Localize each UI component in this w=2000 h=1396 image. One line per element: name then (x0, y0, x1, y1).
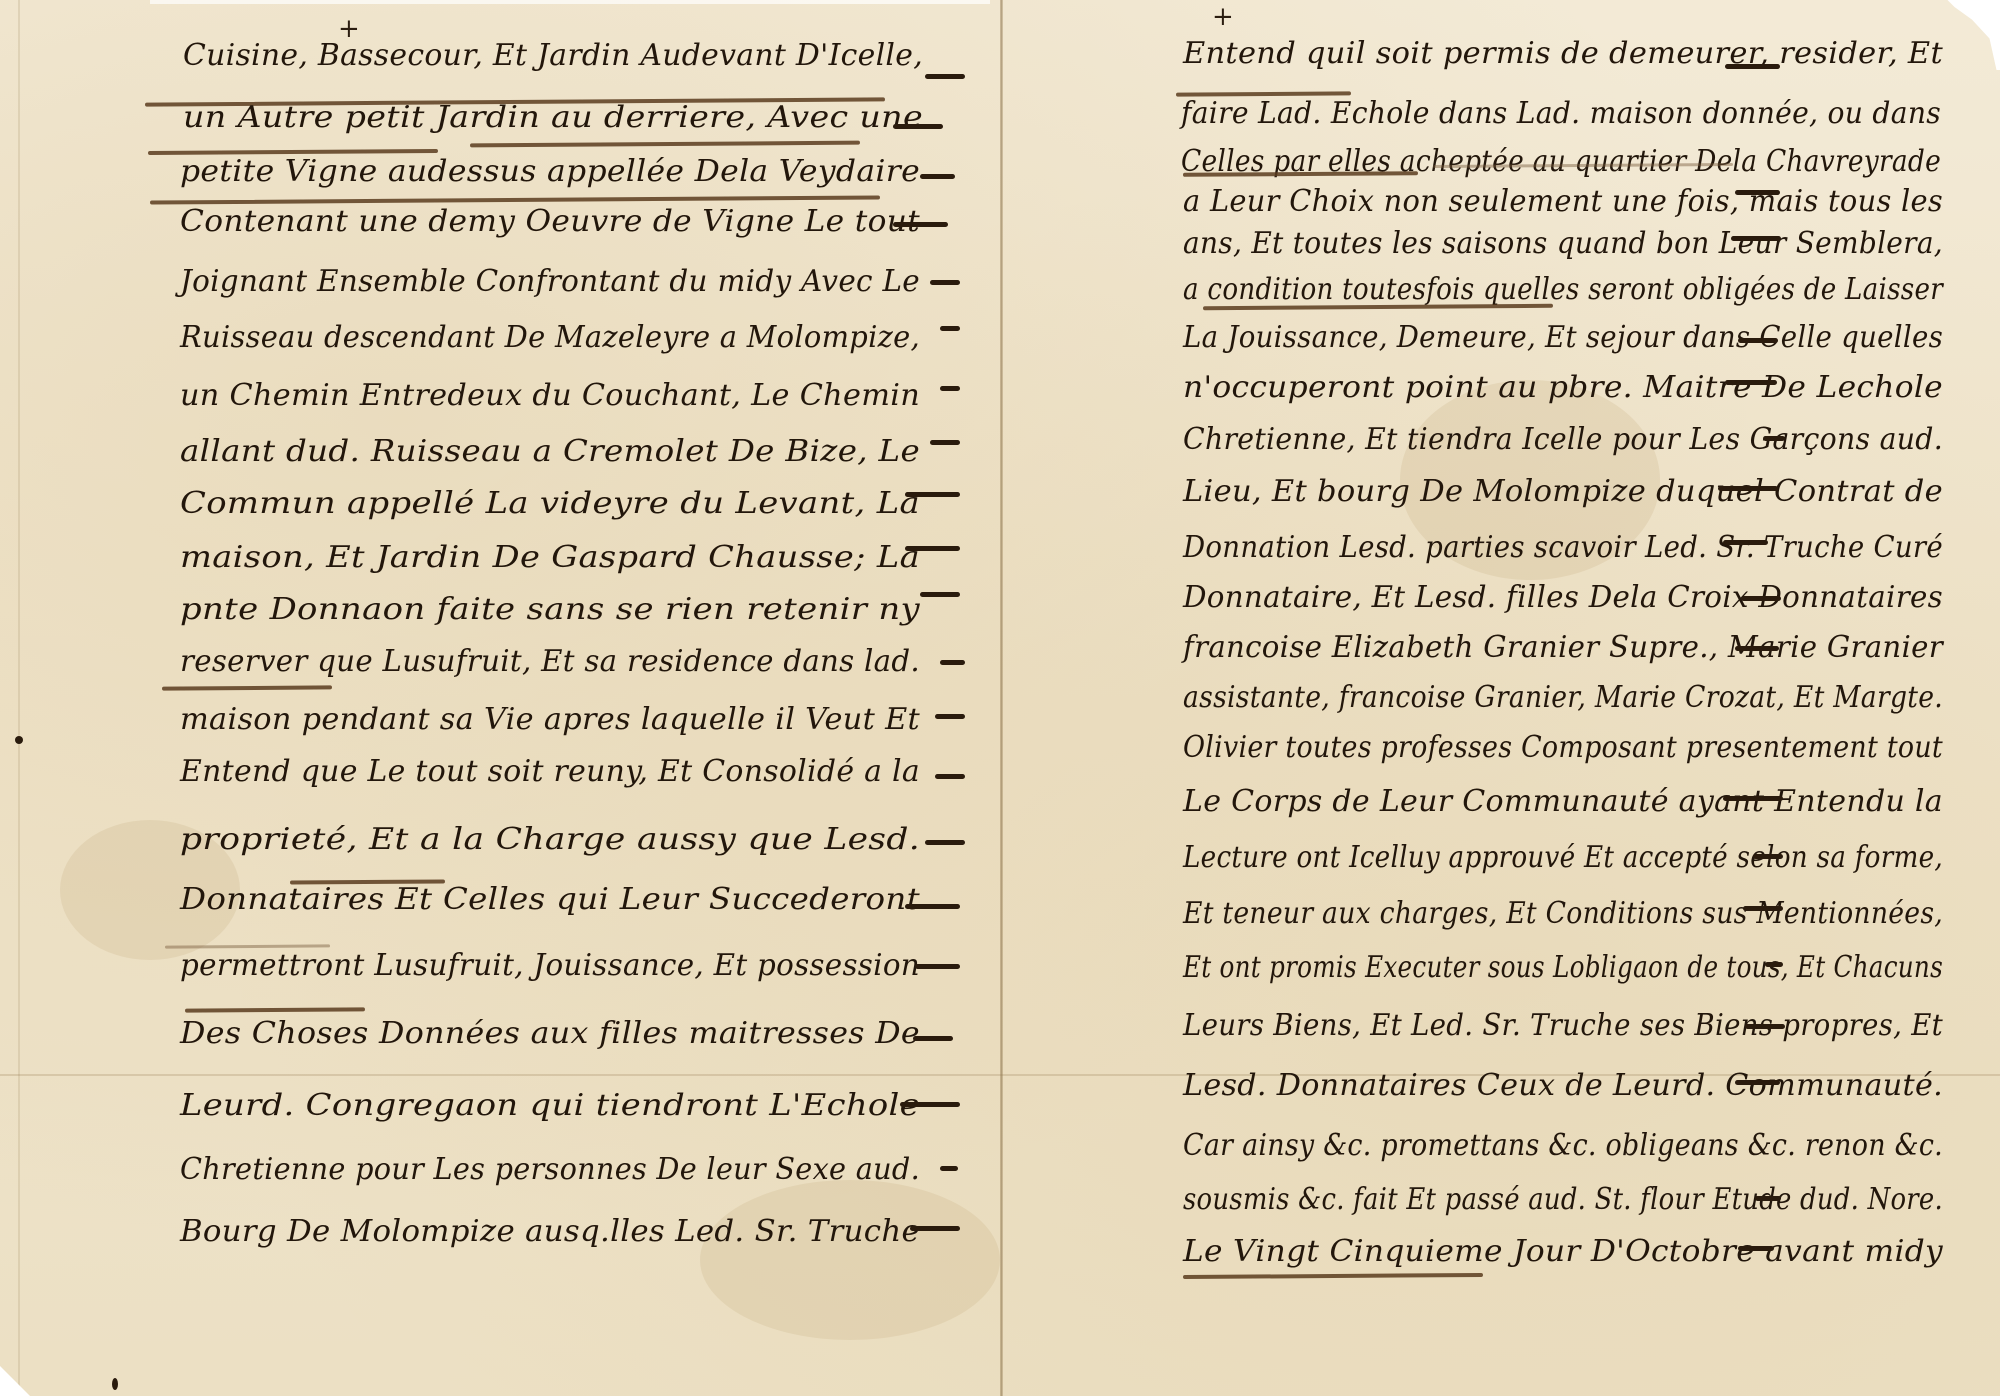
manuscript-line: Chretienne, Et tiendra Icelle pour Les G… (1183, 420, 1988, 480)
line-end-dash (893, 222, 948, 227)
manuscript-line: permettront Lusufruit, Jouissance, Et po… (180, 946, 936, 1006)
manuscript-line: Le Corps de Leur Communauté ayant Entend… (1183, 782, 1943, 842)
line-end-dash (1763, 436, 1785, 441)
manuscript-line: Donnataires Et Celles qui Leur Succedero… (180, 880, 864, 940)
line-end-dash (940, 326, 960, 331)
manuscript-line: Joignant Ensemble Confrontant du midy Av… (180, 262, 934, 322)
line-end-dash (930, 440, 960, 445)
left-page: + Cuisine, Bassecour, Et Jardin Audevant… (0, 0, 1000, 1396)
line-end-dash (940, 1166, 958, 1171)
manuscript-line: Entend quil soit permis de demeurer, res… (1183, 34, 1932, 94)
manuscript-line: Des Choses Données aux filles maitresses… (180, 1014, 881, 1074)
line-end-dash (925, 840, 965, 845)
line-end-dash (1735, 1080, 1780, 1085)
line-end-dash (1723, 540, 1768, 545)
line-end-dash (1738, 338, 1778, 343)
top-cross-mark: + (1212, 2, 1234, 32)
line-end-dash (920, 174, 955, 179)
line-end-dash (1731, 236, 1781, 241)
line-end-dash (900, 1102, 960, 1107)
manuscript-line: Leurs Biens, Et Led. Sr. Truche ses Bien… (1183, 1006, 2000, 1066)
manuscript-line: pnte Donnaon faite sans se rien retenir … (180, 590, 836, 650)
line-end-dash (920, 592, 960, 597)
line-end-dash (910, 1226, 960, 1231)
line-end-dash (1741, 596, 1781, 601)
manuscript-line: Leurd. Congregaon qui tiendront L'Echole (180, 1086, 838, 1146)
manuscript-line: Olivier toutes professes Composant prese… (1183, 728, 2000, 788)
line-end-dash (1735, 646, 1779, 651)
manuscript-line: allant dud. Ruisseau a Cremolet De Bize,… (180, 432, 864, 492)
manuscript-line: Le Vingt Cinquieme Jour D'Octobre avant … (1183, 1232, 1914, 1292)
line-end-dash (1743, 906, 1783, 911)
manuscript-line: reserver que Lusufruit, Et sa residence … (180, 642, 939, 702)
manuscript-line: maison pendant sa Vie apres laquelle il … (180, 700, 912, 760)
line-end-dash (1765, 962, 1783, 967)
manuscript-line: Commun appellé La videyre du Levant, La (180, 484, 837, 544)
manuscript-line: Et ont promis Executer sous Lobligaon de… (1183, 948, 2000, 1008)
manuscript-line: Car ainsy &c. promettans &c. obligeans &… (1183, 1126, 2000, 1186)
line-end-dash (915, 964, 960, 969)
manuscript-line: Et teneur aux charges, Et Conditions sus… (1183, 894, 2000, 954)
manuscript-line: n'occuperont point au pbre. Maitre De Le… (1183, 368, 1912, 428)
underline (185, 1007, 365, 1012)
manuscript-line: Contenant une demy Oeuvre de Vigne Le to… (180, 202, 891, 262)
line-end-dash (1738, 1246, 1774, 1251)
line-end-dash (905, 546, 960, 551)
margin-ink-dot (15, 736, 23, 744)
line-end-dash (905, 904, 960, 909)
line-end-dash (930, 280, 960, 285)
manuscript-line: sousmis &c. fait Et passé aud. St. flour… (1183, 1180, 2000, 1240)
line-end-dash (893, 124, 943, 129)
manuscript-line: Cuisine, Bassecour, Et Jardin Audevant D… (183, 36, 927, 96)
manuscript-line: Bourg De Molompize ausq.lles Led. Sr. Tr… (180, 1212, 901, 1272)
line-end-dash (1735, 190, 1780, 195)
line-end-dash (935, 714, 965, 719)
line-end-dash (1723, 796, 1783, 801)
line-end-dash (1745, 1024, 1785, 1029)
manuscript-line: Chretienne pour Les personnes De leur Se… (180, 1150, 953, 1210)
right-page: + Entend quil soit permis de demeurer, r… (1003, 0, 2000, 1396)
line-end-dash (940, 660, 965, 665)
line-end-dash (1725, 380, 1777, 385)
manuscript-line: un Autre petit Jardin au derriere, Avec … (183, 98, 850, 158)
manuscript-line: maison, Et Jardin De Gaspard Chausse; La (180, 538, 839, 598)
line-end-dash (1725, 64, 1780, 69)
line-end-dash (940, 386, 960, 391)
line-end-dash (905, 492, 960, 497)
manuscript-line: Lieu, Et bourg De Molompize duquel Contr… (1183, 472, 1931, 532)
manuscript-line: Entend que Le tout soit reuny, Et Consol… (180, 752, 923, 812)
line-end-dash (1755, 1196, 1781, 1201)
line-end-dash (1718, 486, 1778, 491)
manuscript-spread: + Cuisine, Bassecour, Et Jardin Audevant… (0, 0, 2000, 1396)
line-end-dash (913, 1036, 953, 1041)
line-end-dash (925, 74, 965, 79)
manuscript-line: Lesd. Donnataires Ceux de Leurd. Communa… (1183, 1066, 1938, 1126)
margin-ink-dot (112, 1378, 118, 1390)
line-end-dash (1753, 854, 1783, 859)
manuscript-line: Ruisseau descendant De Mazeleyre a Molom… (180, 318, 948, 378)
manuscript-line: un Chemin Entredeux du Couchant, Le Chem… (180, 376, 913, 436)
line-end-dash (935, 774, 965, 779)
manuscript-line: proprieté, Et a la Charge aussy que Lesd… (180, 820, 825, 880)
manuscript-line: Lecture ont Icelluy approuvé Et accepté … (1183, 838, 2000, 898)
